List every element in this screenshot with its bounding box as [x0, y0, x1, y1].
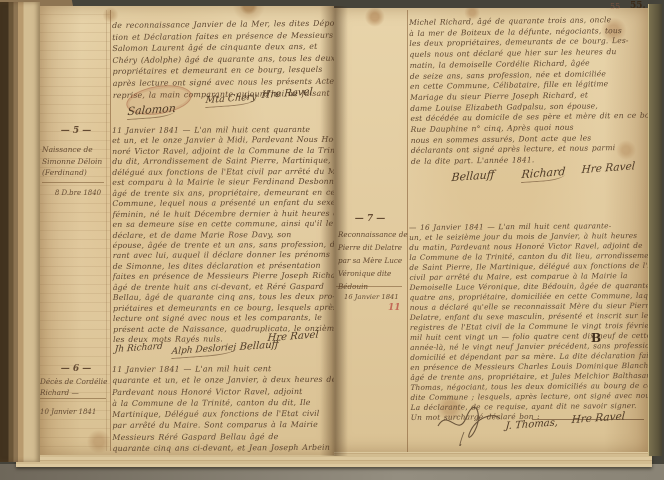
text-line: Commune, lequel nous a présenté un enfan…: [112, 198, 334, 210]
entry6-margin-date: 10 Janvier 1841: [40, 408, 110, 416]
margin-title-line: (Ferdinand): [42, 167, 108, 179]
text-line: Bellau, âgé de quarante cinq ans, tous l…: [113, 292, 334, 304]
signature-richard: Richard: [521, 165, 566, 183]
entry5-margin-title: Naissance deSimonne Déloin(Ferdinand): [42, 144, 108, 179]
text-line: est comparu à la Mairie le sieur Ferdina…: [112, 177, 334, 189]
entry7-margin-number: — 7 —: [344, 214, 396, 224]
page-number-faint: 55: [610, 2, 620, 11]
entry7-margin-date: 16 Janvier 1841: [344, 293, 404, 301]
signature-jh-richard: Jh Richard: [114, 342, 163, 355]
entry5-margin-number: — 5 —: [48, 126, 104, 136]
entry7-text: — 16 Janvier 1841 — L'an mil huit cent q…: [409, 221, 648, 423]
right-page: Michel Richard, âgé de quarante trois an…: [334, 8, 648, 452]
entry5-text: 11 Janvier 1841 — L'an mil huit cent qua…: [112, 125, 334, 346]
entry6-text: 11 Janvier 1841 — L'an mil huit centquar…: [112, 363, 334, 455]
scanned-register-photo: de reconnaissance Janvier de la Mer, les…: [0, 0, 664, 480]
margin-title-line: Reconnaissance de: [338, 228, 404, 241]
margin-rule-left-page: [110, 10, 111, 451]
left-page: de reconnaissance Janvier de la Mer, les…: [40, 6, 334, 455]
signature-ravel-4: Hre Ravel: [571, 410, 625, 426]
margin-title-line: Pierre dit Delatre: [338, 241, 404, 254]
book-cover-right-edge: [648, 4, 662, 456]
entry7-margin-title: Reconnaissance dePierre dit Delatrepar s…: [338, 228, 404, 293]
page-number: 55.: [630, 1, 646, 11]
margin-title-line: Véronique dite: [338, 267, 404, 280]
text-line: par arrêté du Maire. Sont comparus à la …: [112, 419, 334, 431]
bold-b-annotation: B: [591, 331, 601, 345]
signature-ravel-3: Hre Ravel: [581, 160, 635, 176]
entry5-margin-date: 8 D.bre 1840: [50, 189, 106, 197]
margin-title-line: par sa Mère Luce: [338, 254, 404, 267]
red-folio-mark: 11: [388, 303, 401, 313]
text-line: lecture ont signé avec nous et les compa…: [113, 313, 334, 325]
text-line: quarante et un, et le onze Janvier, à de…: [112, 374, 334, 386]
margin-title-line: Décès de Cordélie: [40, 376, 110, 387]
entry6-continuation-text: Michel Richard, âgé de quarante trois an…: [409, 15, 647, 168]
text-line: en sa demeure sise en cette commune, ain…: [112, 219, 334, 231]
signature-chery: Mta Chéry: [205, 91, 257, 108]
book-binding-left: [0, 2, 40, 462]
margin-title-line: Simonne Déloin: [42, 156, 108, 168]
entry7-margin-rule: [336, 286, 402, 287]
margin-title-line: Richard —: [40, 387, 110, 398]
entry6-margin-title: Décès de CordélieRichard —: [40, 376, 110, 398]
signature-salomon: Salomon: [127, 102, 176, 120]
signature-flourish-icon: [434, 406, 504, 446]
margin-title-line: Naissance de: [42, 144, 108, 156]
signature-thomas: J. Thomas,: [505, 417, 558, 432]
text-line: quarante cinq ans ci-devant, et Jean Jos…: [112, 442, 334, 454]
entry6-margin-number: — 6 —: [48, 364, 104, 374]
entry6-margin-rule: [40, 398, 106, 399]
signature-bellau-2: Bellauff: [451, 168, 495, 184]
entry5-margin-rule: [42, 182, 104, 183]
